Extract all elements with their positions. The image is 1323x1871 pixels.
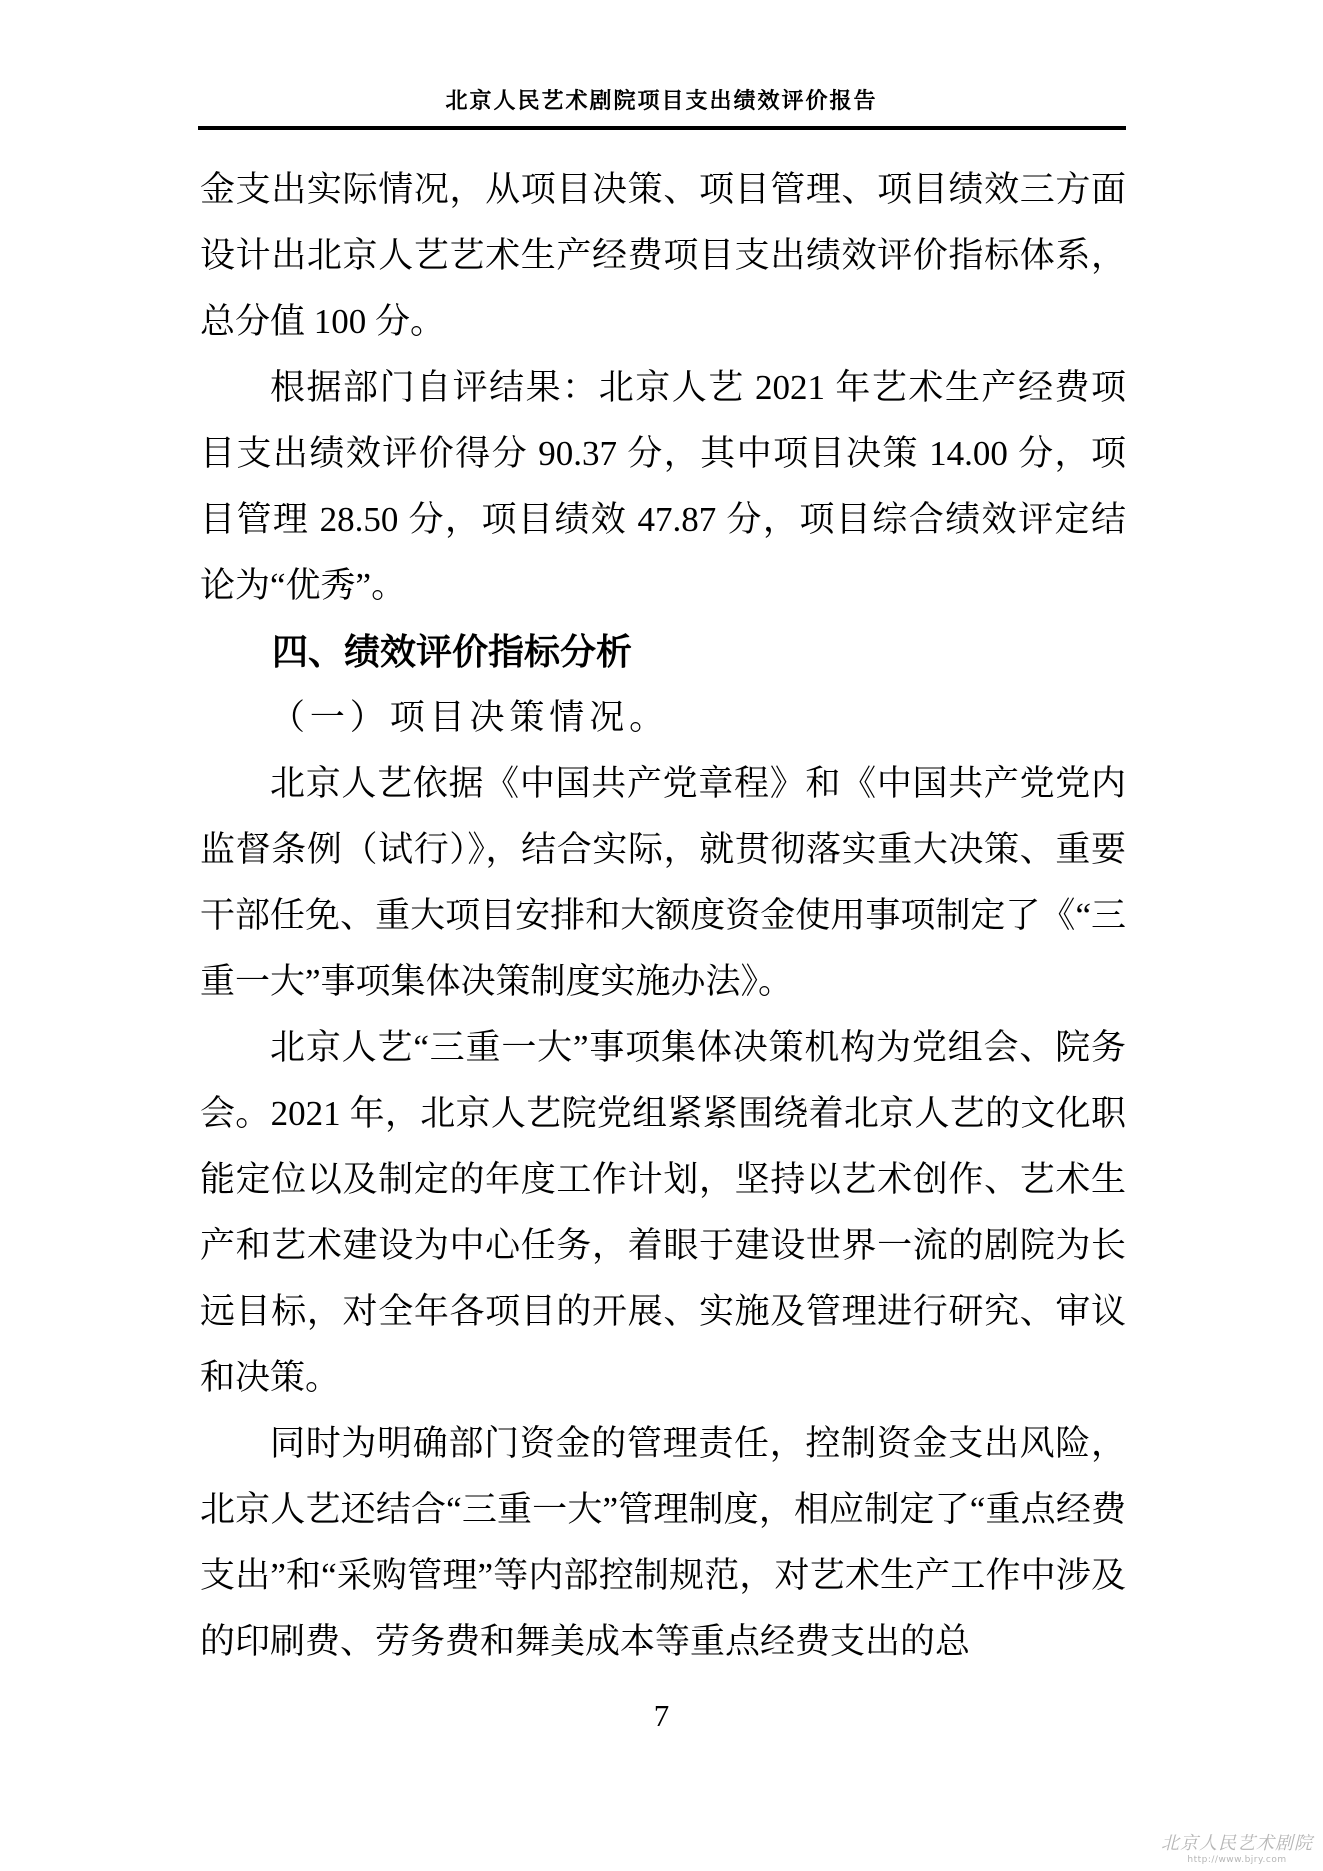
section-heading: 四、绩效评价指标分析	[200, 619, 1126, 685]
watermark: 北京人民艺术剧院 http://www.bjry.com	[1161, 1834, 1313, 1865]
paragraph-continuation: 金支出实际情况，从项目决策、项目管理、项目绩效三方面设计出北京人艺艺术生产经费项…	[200, 157, 1126, 355]
document-page: 北京人民艺术剧院项目支出绩效评价报告 金支出实际情况，从项目决策、项目管理、项目…	[0, 0, 1323, 1871]
paragraph-fund-management: 同时为明确部门资金的管理责任，控制资金支出风险，北京人艺还结合“三重一大”管理制…	[200, 1411, 1126, 1675]
page-header-title: 北京人民艺术剧院项目支出绩效评价报告	[0, 84, 1323, 115]
paragraph-decision-mechanism: 北京人艺“三重一大”事项集体决策机构为党组会、院务会。2021 年，北京人艺院党…	[200, 1015, 1126, 1411]
paragraph-decision-basis: 北京人艺依据《中国共产党章程》和《中国共产党党内监督条例（试行）》，结合实际，就…	[200, 751, 1126, 1015]
document-body: 金支出实际情况，从项目决策、项目管理、项目绩效三方面设计出北京人艺艺术生产经费项…	[200, 157, 1126, 1675]
header-rule	[198, 126, 1126, 130]
page-number: 7	[0, 1698, 1323, 1734]
subsection-heading: （一）项目决策情况。	[200, 685, 1126, 751]
paragraph-self-evaluation-result: 根据部门自评结果：北京人艺 2021 年艺术生产经费项目支出绩效评价得分 90.…	[200, 355, 1126, 619]
watermark-url: http://www.bjry.com	[1161, 1855, 1313, 1865]
watermark-logo-text: 北京人民艺术剧院	[1161, 1834, 1313, 1855]
